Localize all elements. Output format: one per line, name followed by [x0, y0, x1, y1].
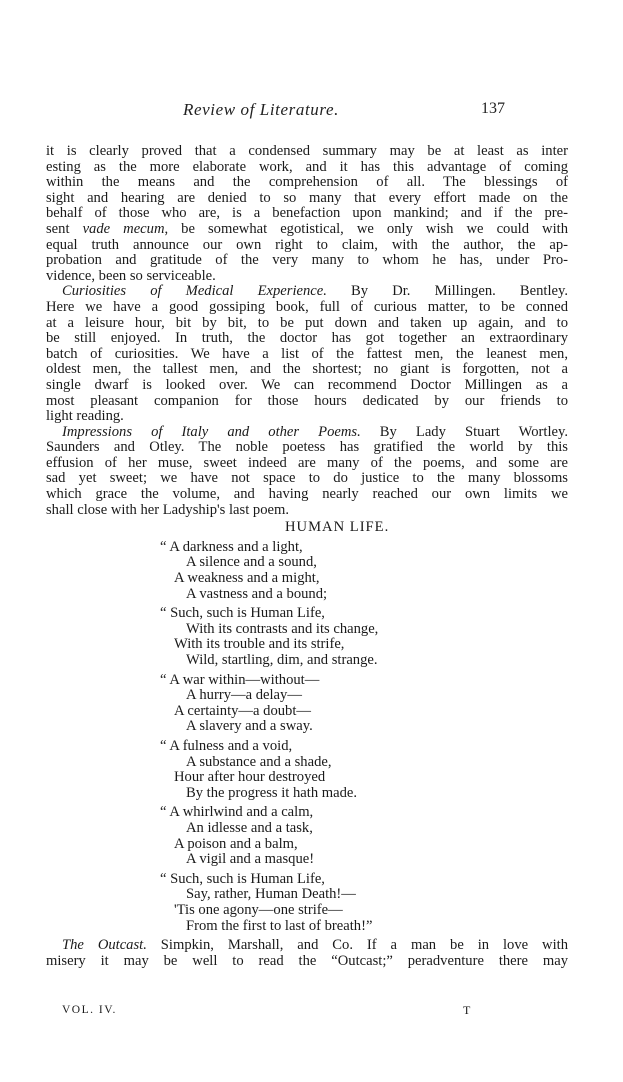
poem-line: A vigil and a masque! — [46, 852, 568, 868]
text-line: oldest men, the tallest men, and the sho… — [46, 362, 568, 378]
poem-line: A slavery and a sway. — [46, 719, 568, 735]
publisher-info: Simpkin, Marshall, and Co. If a man be i… — [147, 937, 568, 953]
poem-title: HUMAN LIFE. — [46, 520, 568, 536]
poem-line: “ Such, such is Human Life, — [46, 606, 568, 622]
poem-stanza: “ Such, such is Human Life, Say, rather,… — [46, 872, 568, 934]
poem-human-life: “ A darkness and a light, A silence and … — [46, 540, 568, 934]
poem-line: Wild, startling, dim, and strange. — [46, 653, 568, 669]
poem-line: Hour after hour destroyed — [46, 770, 568, 786]
poem-line: A hurry—a delay— — [46, 688, 568, 704]
body-text: it is clearly proved that a condensed su… — [46, 144, 568, 969]
volume-marker: VOL. IV. — [62, 1004, 482, 1016]
text-line: it is clearly proved that a condensed su… — [46, 144, 568, 160]
text-line: effusion of her muse, sweet indeed are m… — [46, 456, 568, 472]
review-heading-line: The Outcast. Simpkin, Marshall, and Co. … — [46, 938, 568, 954]
poem-line: “ A whirlwind and a calm, — [46, 805, 568, 821]
poem-stanza: “ A war within—without— A hurry—a delay—… — [46, 673, 568, 735]
review-heading-line: Curiosities of Medical Experience. By Dr… — [46, 284, 568, 300]
text-line: at a leisure hour, bit by bit, to be put… — [46, 316, 568, 332]
italic-phrase: vade mecum — [83, 221, 165, 237]
poem-stanza: “ A fulness and a void, A substance and … — [46, 739, 568, 801]
text-line: light reading. — [46, 409, 568, 425]
text-line: be still enjoyed. In truth, the doctor h… — [46, 331, 568, 347]
review-the-outcast: The Outcast. Simpkin, Marshall, and Co. … — [46, 938, 568, 969]
poem-line: From the first to last of breath!” — [46, 919, 568, 935]
review-heading-line: Impressions of Italy and other Poems. By… — [46, 425, 568, 441]
review-impressions-of-italy: Impressions of Italy and other Poems. By… — [46, 425, 568, 519]
text-line: which grace the volume, and having nearl… — [46, 487, 568, 503]
review-medical-experience: Curiosities of Medical Experience. By Dr… — [46, 284, 568, 424]
text-line: batch of curiosities. We have a list of … — [46, 347, 568, 363]
text-line: esting as the more elaborate work, and i… — [46, 160, 568, 176]
poem-line: An idlesse and a task, — [46, 821, 568, 837]
text-line: misery it may be well to read the “Outca… — [46, 954, 568, 970]
text-fragment: , be somewhat egotistical, we only wish … — [164, 221, 568, 237]
poem-line: A weakness and a might, — [46, 571, 568, 587]
book-page: Review of Literature. 137 it is clearly … — [0, 0, 623, 1082]
text-line: shall close with her Ladyship's last poe… — [46, 503, 568, 519]
page-number: 137 — [481, 100, 505, 118]
poem-line: “ Such, such is Human Life, — [46, 872, 568, 888]
poem-line: A certainty—a doubt— — [46, 704, 568, 720]
poem-line: With its trouble and its strife, — [46, 637, 568, 653]
text-line: sight and hearing are denied to so many … — [46, 191, 568, 207]
poem-line: A substance and a shade, — [46, 755, 568, 771]
poem-line: Say, rather, Human Death!— — [46, 887, 568, 903]
book-title: Impressions of Italy and other Poems. — [62, 424, 361, 440]
poem-line: “ A darkness and a light, — [46, 540, 568, 556]
text-line: sent vade mecum, be somewhat egotistical… — [46, 222, 568, 238]
printer-signature-mark: T — [463, 1003, 470, 1018]
text-line: behalf of those who are, is a benefactio… — [46, 206, 568, 222]
text-line: most pleasant companion for those hours … — [46, 394, 568, 410]
book-title: The Outcast. — [62, 937, 147, 953]
publisher-info: By Dr. Millingen. Bentley. — [327, 283, 568, 299]
text-line: sad yet sweet; we have not space to do j… — [46, 471, 568, 487]
poem-line: 'Tis one agony—one strife— — [46, 903, 568, 919]
poem-stanza: “ A whirlwind and a calm, An idlesse and… — [46, 805, 568, 867]
text-line: Saunders and Otley. The noble poetess ha… — [46, 440, 568, 456]
text-line: equal truth announce our own right to cl… — [46, 238, 568, 254]
poem-line: A poison and a balm, — [46, 837, 568, 853]
poem-line: “ A war within—without— — [46, 673, 568, 689]
poem-stanza: “ Such, such is Human Life, With its con… — [46, 606, 568, 668]
text-line: within the means and the comprehension o… — [46, 175, 568, 191]
poem-line: A silence and a sound, — [46, 555, 568, 571]
poem-line: By the progress it hath made. — [46, 786, 568, 802]
poem-line: With its contrasts and its change, — [46, 622, 568, 638]
text-line: single dwarf is looked over. We can reco… — [46, 378, 568, 394]
poem-line: A vastness and a bound; — [46, 587, 568, 603]
text-line: probation and gratitude of the very many… — [46, 253, 568, 269]
text-line: vidence, been so serviceable. — [46, 269, 568, 285]
text-fragment: sent — [46, 221, 83, 237]
intro-paragraph: it is clearly proved that a condensed su… — [46, 144, 568, 284]
running-head: Review of Literature. 137 — [0, 100, 623, 122]
text-line: Here we have a good gossiping book, full… — [46, 300, 568, 316]
poem-line: “ A fulness and a void, — [46, 739, 568, 755]
publisher-info: By Lady Stuart Wortley. — [361, 424, 568, 440]
running-title: Review of Literature. — [183, 100, 339, 120]
poem-stanza: “ A darkness and a light, A silence and … — [46, 540, 568, 602]
book-title: Curiosities of Medical Experience. — [62, 283, 327, 299]
